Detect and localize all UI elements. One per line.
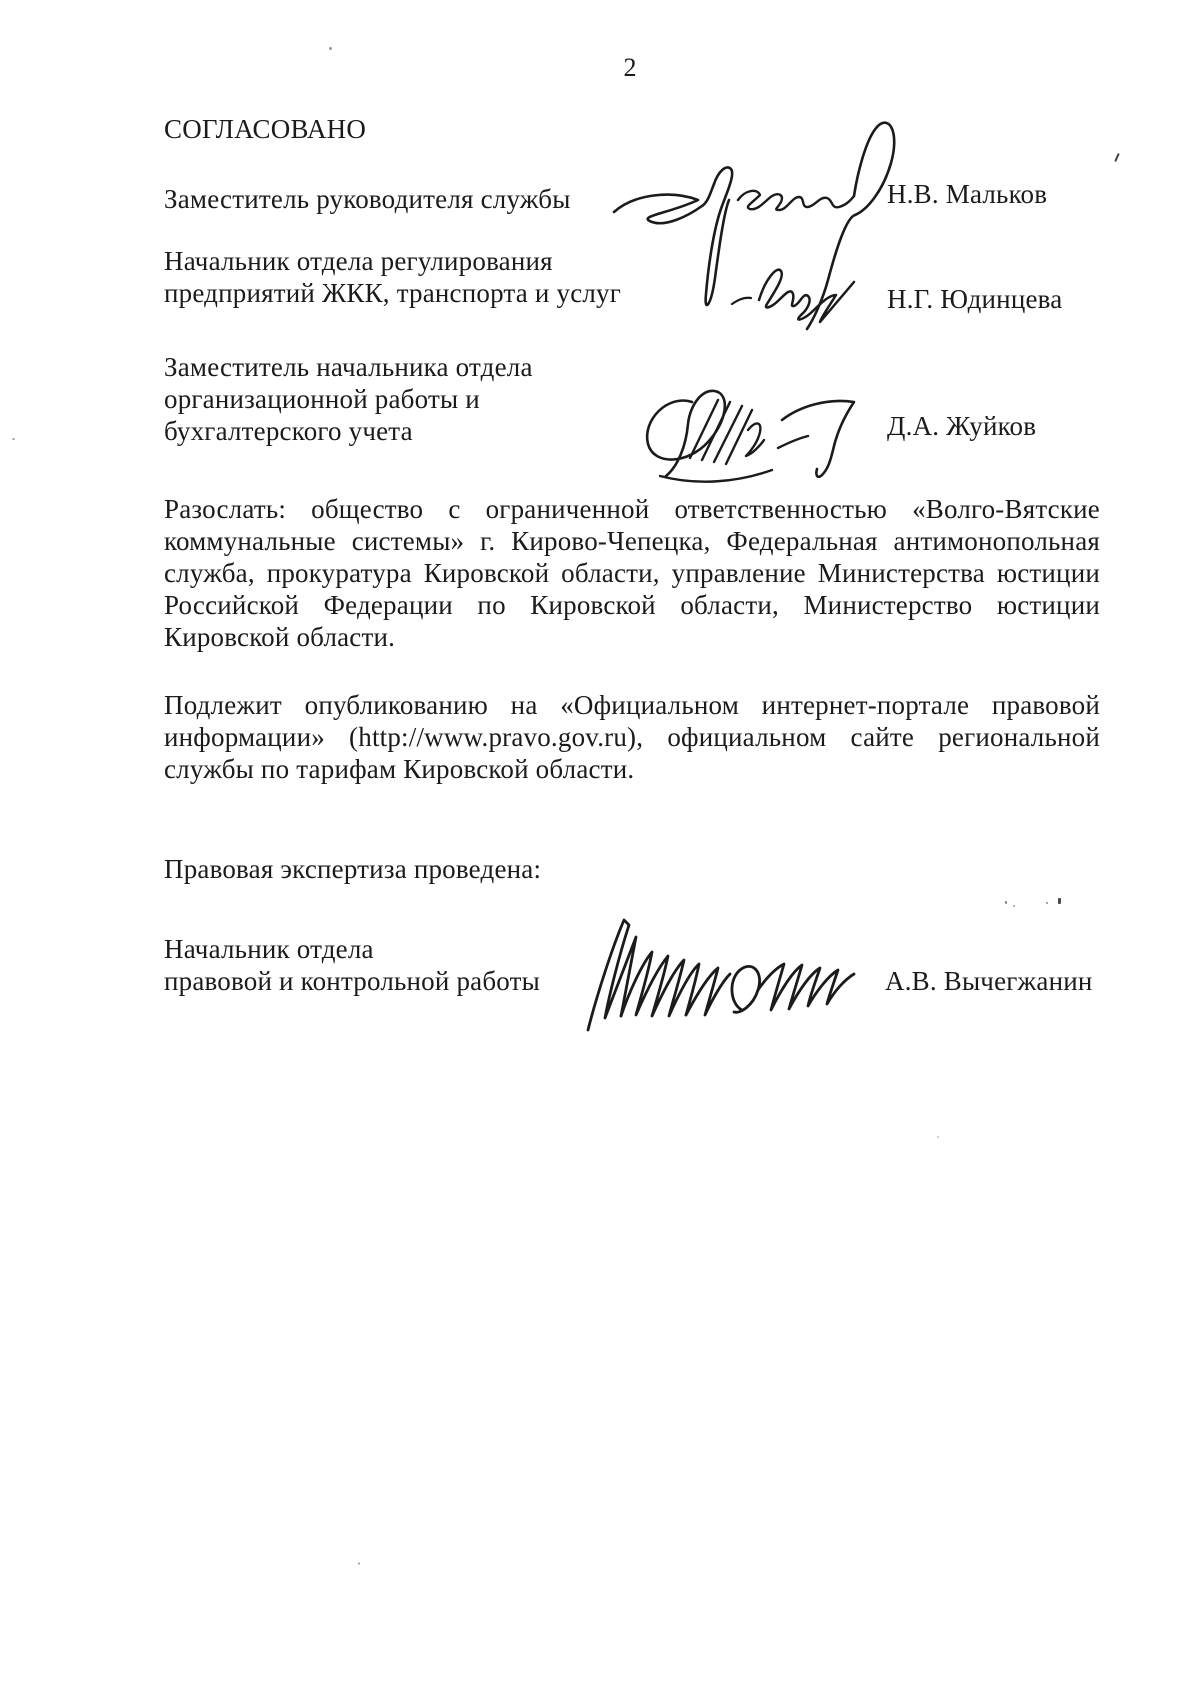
signatory-name-2: Н.Г. Юдинцева: [887, 283, 1062, 315]
paragraph-line: Разослать: общество с ограниченной ответ…: [164, 493, 1100, 525]
signatory-name-4: А.В. Вычегжанин: [885, 965, 1093, 997]
scan-speck: [1005, 901, 1007, 904]
signatory-title-3: Заместитель начальника отдела организаци…: [164, 351, 533, 447]
scan-speck: [1114, 153, 1119, 162]
signatory-title-2: Начальник отдела регулирования предприят…: [164, 245, 621, 309]
scan-speck: [12, 438, 15, 440]
signature-yudintseva: [726, 258, 866, 336]
paragraph-line: коммунальные системы» г. Кирово-Чепецка,…: [164, 525, 1100, 557]
paragraph-line: Подлежит опубликованию на «Официальном и…: [164, 689, 1100, 721]
signature-vychegzhanin: [572, 912, 872, 1034]
scan-speck: [937, 1136, 939, 1138]
publication-paragraph: Подлежит опубликованию на «Официальном и…: [164, 689, 1100, 785]
paragraph-line: служба, прокуратура Кировской области, у…: [164, 557, 1100, 589]
signature-zhuykov: [632, 372, 872, 484]
signatory-name-3: Д.А. Жуйков: [887, 410, 1036, 442]
paragraph-line: информации» (http://www.pravo.gov.ru), о…: [164, 721, 1100, 753]
scan-speck: [329, 47, 332, 50]
page-number: 2: [600, 53, 660, 83]
signatory-title-4: Начальник отдела правовой и контрольной …: [164, 933, 540, 997]
scan-speck: [1058, 898, 1061, 904]
legal-review-note: Правовая экспертиза проведена:: [164, 853, 541, 885]
scan-speck: [1046, 902, 1048, 904]
paragraph-line: Кировской области.: [164, 621, 1100, 653]
scan-speck: [1013, 905, 1015, 907]
paragraph-line: службы по тарифам Кировской области.: [164, 753, 1100, 785]
scan-speck: [358, 1562, 360, 1565]
paragraph-line: Российской Федерации по Кировской област…: [164, 589, 1100, 621]
distribution-paragraph: Разослать: общество с ограниченной ответ…: [164, 493, 1100, 653]
approval-heading: СОГЛАСОВАНО: [164, 113, 366, 145]
signatory-title-1: Заместитель руководителя службы: [164, 183, 571, 215]
document-page: 2 СОГЛАСОВАНО Заместитель руководителя с…: [0, 0, 1200, 1697]
